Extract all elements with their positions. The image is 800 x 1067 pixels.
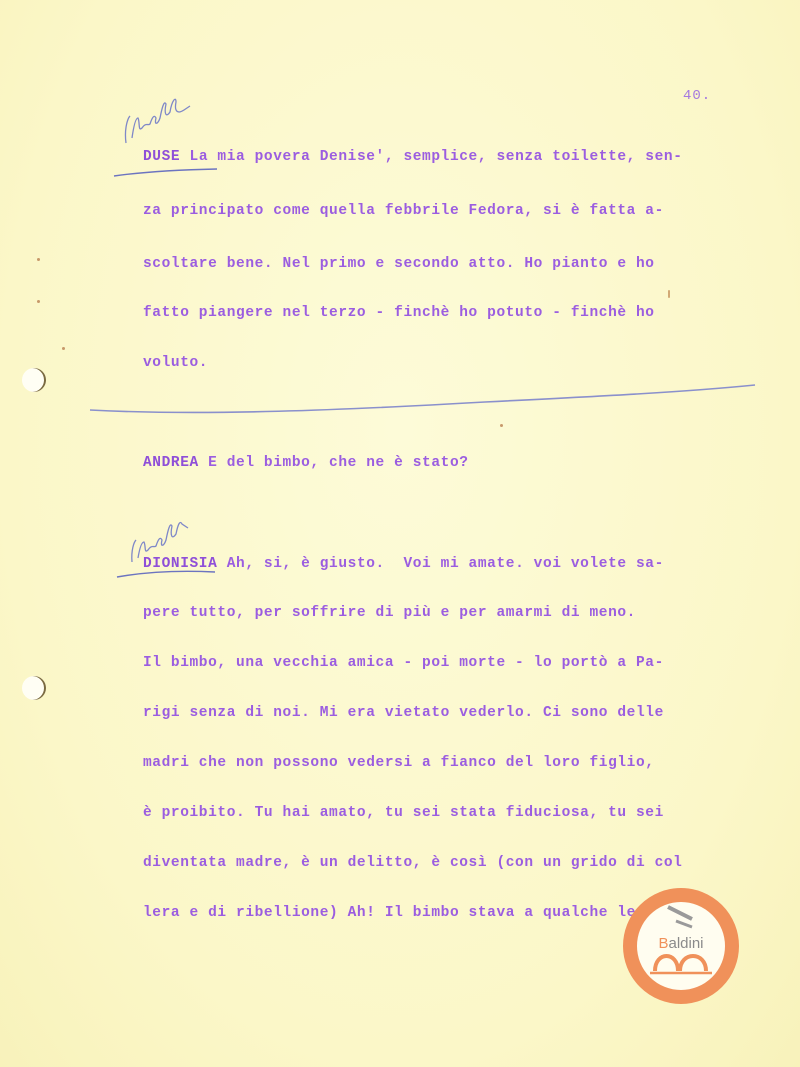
script-line: scoltare bene. Nel primo e secondo atto.…	[143, 257, 655, 272]
script-line: madri che non possono vedersi a fianco d…	[143, 756, 655, 771]
document-page: 40. DUSE La mia povera Denise', semplice…	[0, 0, 800, 1067]
paper-speck	[668, 290, 670, 298]
script-line: è proibito. Tu hai amato, tu sei stata f…	[143, 806, 664, 821]
script-line: ANDREA E del bimbo, che ne è stato?	[143, 456, 469, 471]
script-line: Il bimbo, una vecchia amica - poi morte …	[143, 656, 664, 671]
script-line: pere tutto, per soffrire di più e per am…	[143, 606, 636, 621]
script-line: diventata madre, è un delitto, è così (c…	[143, 856, 682, 871]
section-divider-line	[85, 380, 765, 420]
paper-speck	[37, 258, 40, 261]
script-line: fatto piangere nel terzo - finchè ho pot…	[143, 306, 655, 321]
speaker-name: ANDREA	[143, 455, 199, 471]
underline-stroke	[112, 164, 222, 178]
script-line: DIONISIA Ah, si, è giusto. Voi mi amate.…	[143, 557, 664, 572]
script-line: lera e di ribellione) Ah! Il bimbo stava…	[143, 906, 655, 921]
handwritten-signature	[118, 88, 208, 150]
script-line: rigi senza di noi. Mi era vietato vederl…	[143, 706, 664, 721]
script-line: DUSE La mia povera Denise', semplice, se…	[143, 150, 683, 165]
paper-speck	[500, 424, 503, 427]
library-stamp: Baldini	[620, 885, 742, 1007]
page-number: 40.	[683, 88, 711, 104]
paper-speck	[37, 300, 40, 303]
stamp-brand: Baldini	[620, 935, 742, 952]
punch-hole	[22, 676, 46, 700]
script-line: za principato come quella febbrile Fedor…	[143, 204, 664, 219]
paper-speck	[62, 347, 65, 350]
speaker-name: DIONISIA	[143, 556, 217, 572]
script-line: voluto.	[143, 356, 208, 371]
punch-hole	[22, 368, 46, 392]
speaker-name: DUSE	[143, 149, 180, 165]
